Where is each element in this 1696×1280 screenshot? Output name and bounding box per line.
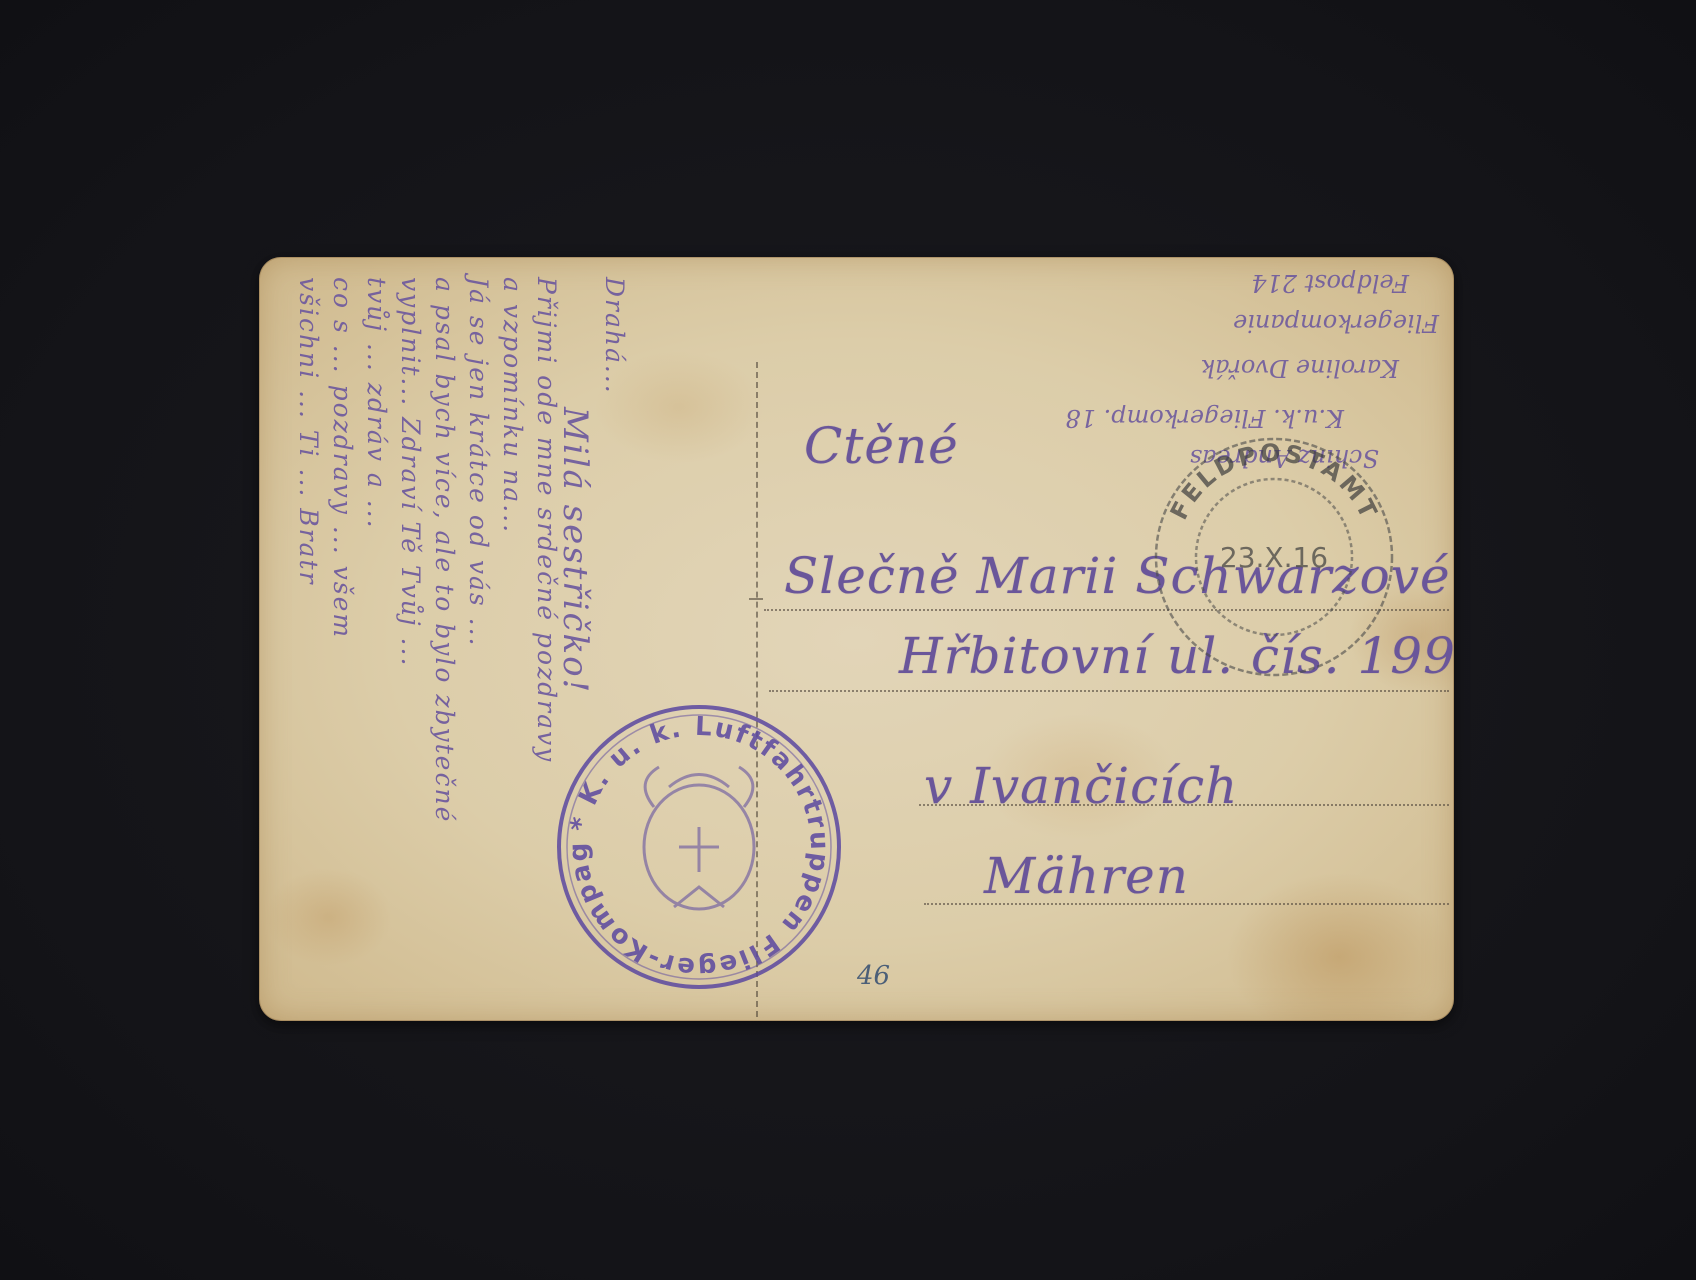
- postcard: Ctěné Slečně Marii Schwarzové Hřbitovní …: [259, 257, 1454, 1021]
- sender-line-4: K.u.k. Fliegerkomp. 18: [1065, 404, 1344, 432]
- svg-text:23.X.16: 23.X.16: [1220, 541, 1328, 574]
- message-line: všichni ... Ti ... Bratr: [294, 277, 323, 586]
- message-line: a psal bych více, ale to bylo zbytečné: [430, 277, 459, 823]
- message-line: a vzpomínku na...: [498, 277, 527, 534]
- divider-tick: [749, 598, 763, 600]
- message-line: Milá sestřičko!: [555, 407, 595, 694]
- unit-stamp: * K. u. k. Luftfahrtruppen Flieger-Kompa…: [549, 697, 849, 997]
- sender-line-2: Fliegerkompanie: [1233, 309, 1439, 337]
- postmark: FELDPOSTAMT 23.X.16: [1149, 432, 1399, 682]
- address-salutation: Ctěné: [804, 417, 959, 475]
- sender-line-3: Karoline Dvořák: [1201, 354, 1399, 382]
- message-line: tvůj ... zdráv a ...: [362, 277, 391, 530]
- address-town: v Ivančicích: [924, 757, 1238, 815]
- svg-text:* K. u. k. Luftfahrtruppen Fl: * K. u. k. Luftfahrtruppen Flieger-Kompa…: [539, 674, 835, 982]
- sender-line-1: Feldpost 214: [1251, 269, 1409, 297]
- address-line-2: [769, 690, 1449, 692]
- address-region: Mähren: [984, 847, 1189, 905]
- message-line: vyplnit... Zdraví Tě Tvůj ...: [396, 277, 425, 667]
- message-line: Já se jen krátce od vás ...: [464, 277, 493, 647]
- message-line: co s ... pozdravy ... všem: [328, 277, 357, 639]
- message-line: Drahá...: [600, 277, 629, 395]
- pencil-mark: 46: [857, 961, 890, 991]
- double-headed-eagle-icon: [644, 767, 754, 909]
- message-line: Přijmi ode mne srdečné pozdravy: [532, 277, 561, 763]
- svg-text:FELDPOSTAMT: FELDPOSTAMT: [1165, 439, 1384, 525]
